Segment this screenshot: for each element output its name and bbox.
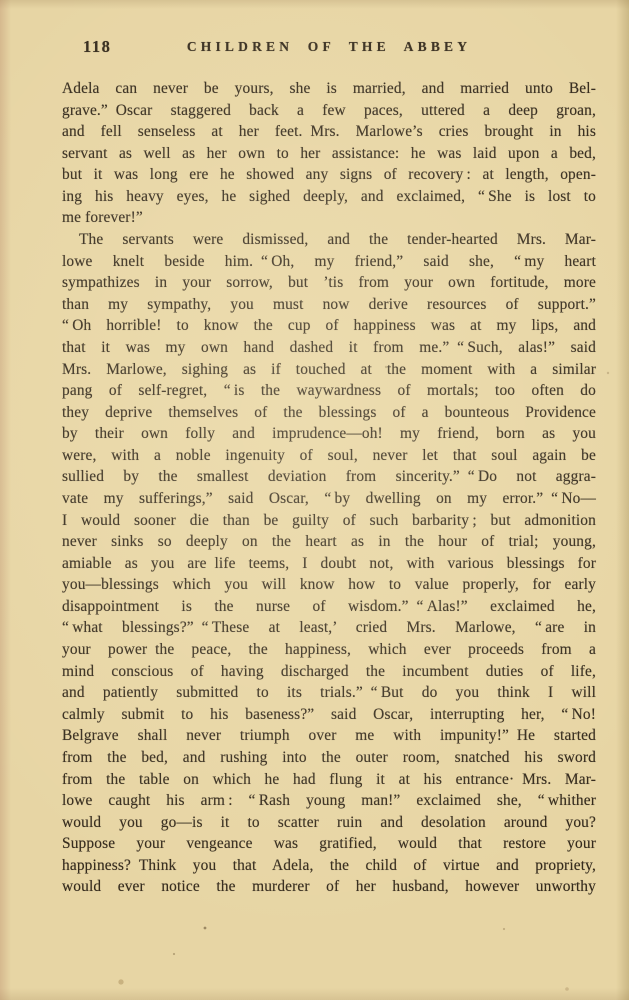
text-line: but it was long ere he showed any signs … — [62, 164, 596, 186]
text-line: happiness? Think you that Adela, the chi… — [62, 855, 596, 877]
text-line: pang of self-regret, “ is the waywardnes… — [62, 380, 596, 402]
running-title: CHILDREN OF THE ABBEY — [62, 39, 596, 55]
text-line: Suppose your vengeance was gratified, wo… — [62, 833, 596, 855]
text-line: would ever notice the murderer of her hu… — [62, 876, 596, 898]
text-line: your power the peace, the happiness, whi… — [62, 639, 596, 661]
text-line: from the table on which he had flung it … — [62, 769, 596, 791]
text-line: lowe knelt beside him. “ Oh, my friend,”… — [62, 251, 596, 273]
text-line: and fell senseless at her feet. Mrs. Mar… — [62, 121, 596, 143]
text-line: ing his heavy eyes, he sighed deeply, an… — [62, 186, 596, 208]
body-text: Adela can never be yours, she is married… — [62, 78, 596, 898]
text-line: Mrs. Marlowe, sighing as if touched at t… — [62, 359, 596, 381]
text-line: disappointment is the nurse of wisdom.” … — [62, 596, 596, 618]
text-line: I would sooner die than be guilty of suc… — [62, 510, 596, 532]
text-line: Adela can never be yours, she is married… — [62, 78, 596, 100]
paper-specks — [0, 0, 2, 2]
text-line: that it was my own hand dashed it from m… — [62, 337, 596, 359]
text-line: grave.” Oscar staggered back a few paces… — [62, 100, 596, 122]
text-line: me forever!” — [62, 207, 596, 229]
text-line: mind conscious of having discharged the … — [62, 661, 596, 683]
text-line: amiable as you are life teems, I doubt n… — [62, 553, 596, 575]
text-line: by their own folly and imprudence—oh! my… — [62, 423, 596, 445]
text-line: lowe caught his arm : “ Rash young man!”… — [62, 790, 596, 812]
text-line: The servants were dismissed, and the ten… — [62, 229, 596, 251]
text-line: than my sympathy, you must now derive re… — [62, 294, 596, 316]
text-line: they deprive themselves of the blessings… — [62, 402, 596, 424]
text-line: would you go—is it to scatter ruin and d… — [62, 812, 596, 834]
text-line: sympathizes in your sorrow, but ’tis fro… — [62, 272, 596, 294]
text-line: and patiently submitted to its trials.” … — [62, 682, 596, 704]
text-line: Belgrave shall never triumph over me wit… — [62, 725, 596, 747]
text-line: “ Oh horrible! to know the cup of happin… — [62, 315, 596, 337]
text-line: vate my sufferings,” said Oscar, “ by dw… — [62, 488, 596, 510]
running-header: 118 CHILDREN OF THE ABBEY — [62, 36, 596, 56]
text-line: “ what blessings?” “ These at least,’ cr… — [62, 617, 596, 639]
text-line: never sinks so deeply on the heart as in… — [62, 531, 596, 553]
text-line: servant as well as her own to her assist… — [62, 143, 596, 165]
text-line: calmly submit to his baseness?” said Osc… — [62, 704, 596, 726]
book-page: { "document": { "page_number": "118", "r… — [0, 0, 629, 1000]
text-line: were, with a noble ingenuity of soul, ne… — [62, 445, 596, 467]
text-line: from the bed, and rushing into the outer… — [62, 747, 596, 769]
text-line: you—blessings which you will know how to… — [62, 574, 596, 596]
text-line: sullied by the smallest deviation from s… — [62, 466, 596, 488]
